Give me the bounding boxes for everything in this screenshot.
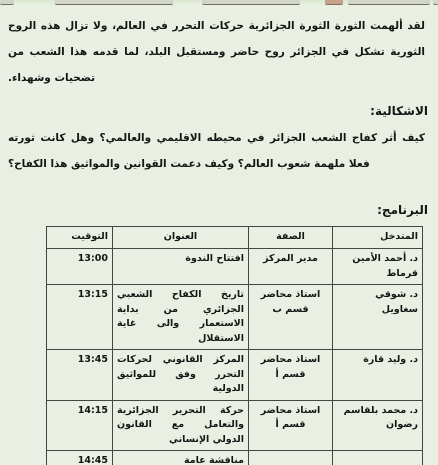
cell-speaker: د. أحمد الأمين قرماط bbox=[333, 249, 423, 285]
cell-role: استاذ محاضر قسم ب bbox=[249, 285, 333, 350]
decoration-fragment bbox=[55, 0, 173, 5]
document-body: لقد ألهمت الثورة الثورة الجزائرية حركات … bbox=[0, 6, 438, 465]
header-title: العنوان bbox=[113, 227, 249, 249]
cell-time: 13:15 bbox=[47, 285, 113, 350]
table-header-row: المتدخل الصفة العنوان التوقيت bbox=[47, 227, 423, 249]
header-speaker: المتدخل bbox=[333, 227, 423, 249]
header-role: الصفة bbox=[249, 227, 333, 249]
cell-speaker: د. شوقي سغاويل bbox=[333, 285, 423, 350]
decoration-fragment bbox=[433, 0, 438, 5]
cell-time: 13:00 bbox=[47, 249, 113, 285]
cell-title: مناقشة عامة bbox=[113, 451, 249, 465]
program-table-body: د. أحمد الأمين قرماطمدير المركزافتتاح ال… bbox=[47, 249, 423, 465]
table-row: د. وليد قارةاستاذ محاضر قسم أالمركز القا… bbox=[47, 350, 423, 401]
program-table: المتدخل الصفة العنوان التوقيت د. أحمد ال… bbox=[46, 226, 423, 465]
cell-role: استاذ محاضر قسم أ bbox=[249, 350, 333, 401]
table-row: د. شوقي سغاويلاستاذ محاضر قسم بتاريخ الك… bbox=[47, 285, 423, 350]
decoration-fragment bbox=[325, 0, 343, 5]
cell-role: استاذ محاضر قسم أ bbox=[249, 400, 333, 451]
problem-heading: الاشكالية: bbox=[0, 104, 428, 118]
table-row: مناقشة عامة14:45 bbox=[47, 451, 423, 465]
decoration-fragment bbox=[202, 0, 300, 5]
cell-time: 13:45 bbox=[47, 350, 113, 401]
cell-speaker bbox=[333, 451, 423, 465]
intro-paragraph: لقد ألهمت الثورة الثورة الجزائرية حركات … bbox=[8, 13, 425, 91]
cell-role: مدير المركز bbox=[249, 249, 333, 285]
table-row: د. أحمد الأمين قرماطمدير المركزافتتاح ال… bbox=[47, 249, 423, 285]
table-row: د. محمد بلقاسم رضواناستاذ محاضر قسم أحرك… bbox=[47, 400, 423, 451]
cell-title: افتتاح الندوة bbox=[113, 249, 249, 285]
cell-speaker: د. محمد بلقاسم رضوان bbox=[333, 400, 423, 451]
problem-paragraph: كيف أثر كفاح الشعب الجزائر في محيطه الاق… bbox=[8, 125, 425, 177]
program-heading: البرنامج: bbox=[0, 203, 428, 217]
cell-time: 14:45 bbox=[47, 451, 113, 465]
document-page: لقد ألهمت الثورة الثورة الجزائرية حركات … bbox=[0, 0, 438, 465]
cell-speaker: د. وليد قارة bbox=[333, 350, 423, 401]
decoration-fragment bbox=[348, 0, 430, 5]
cell-role bbox=[249, 451, 333, 465]
decoration-fragment bbox=[0, 0, 14, 5]
cell-time: 14:15 bbox=[47, 400, 113, 451]
cell-title: المركز القانوني لحركات التحرر وفق للمواث… bbox=[113, 350, 249, 401]
cell-title: تاريخ الكفاح الشعبي الجزائري من بداية ال… bbox=[113, 285, 249, 350]
cell-title: حركة التحرير الجزائرية والتعامل مع القان… bbox=[113, 400, 249, 451]
header-time: التوقيت bbox=[47, 227, 113, 249]
